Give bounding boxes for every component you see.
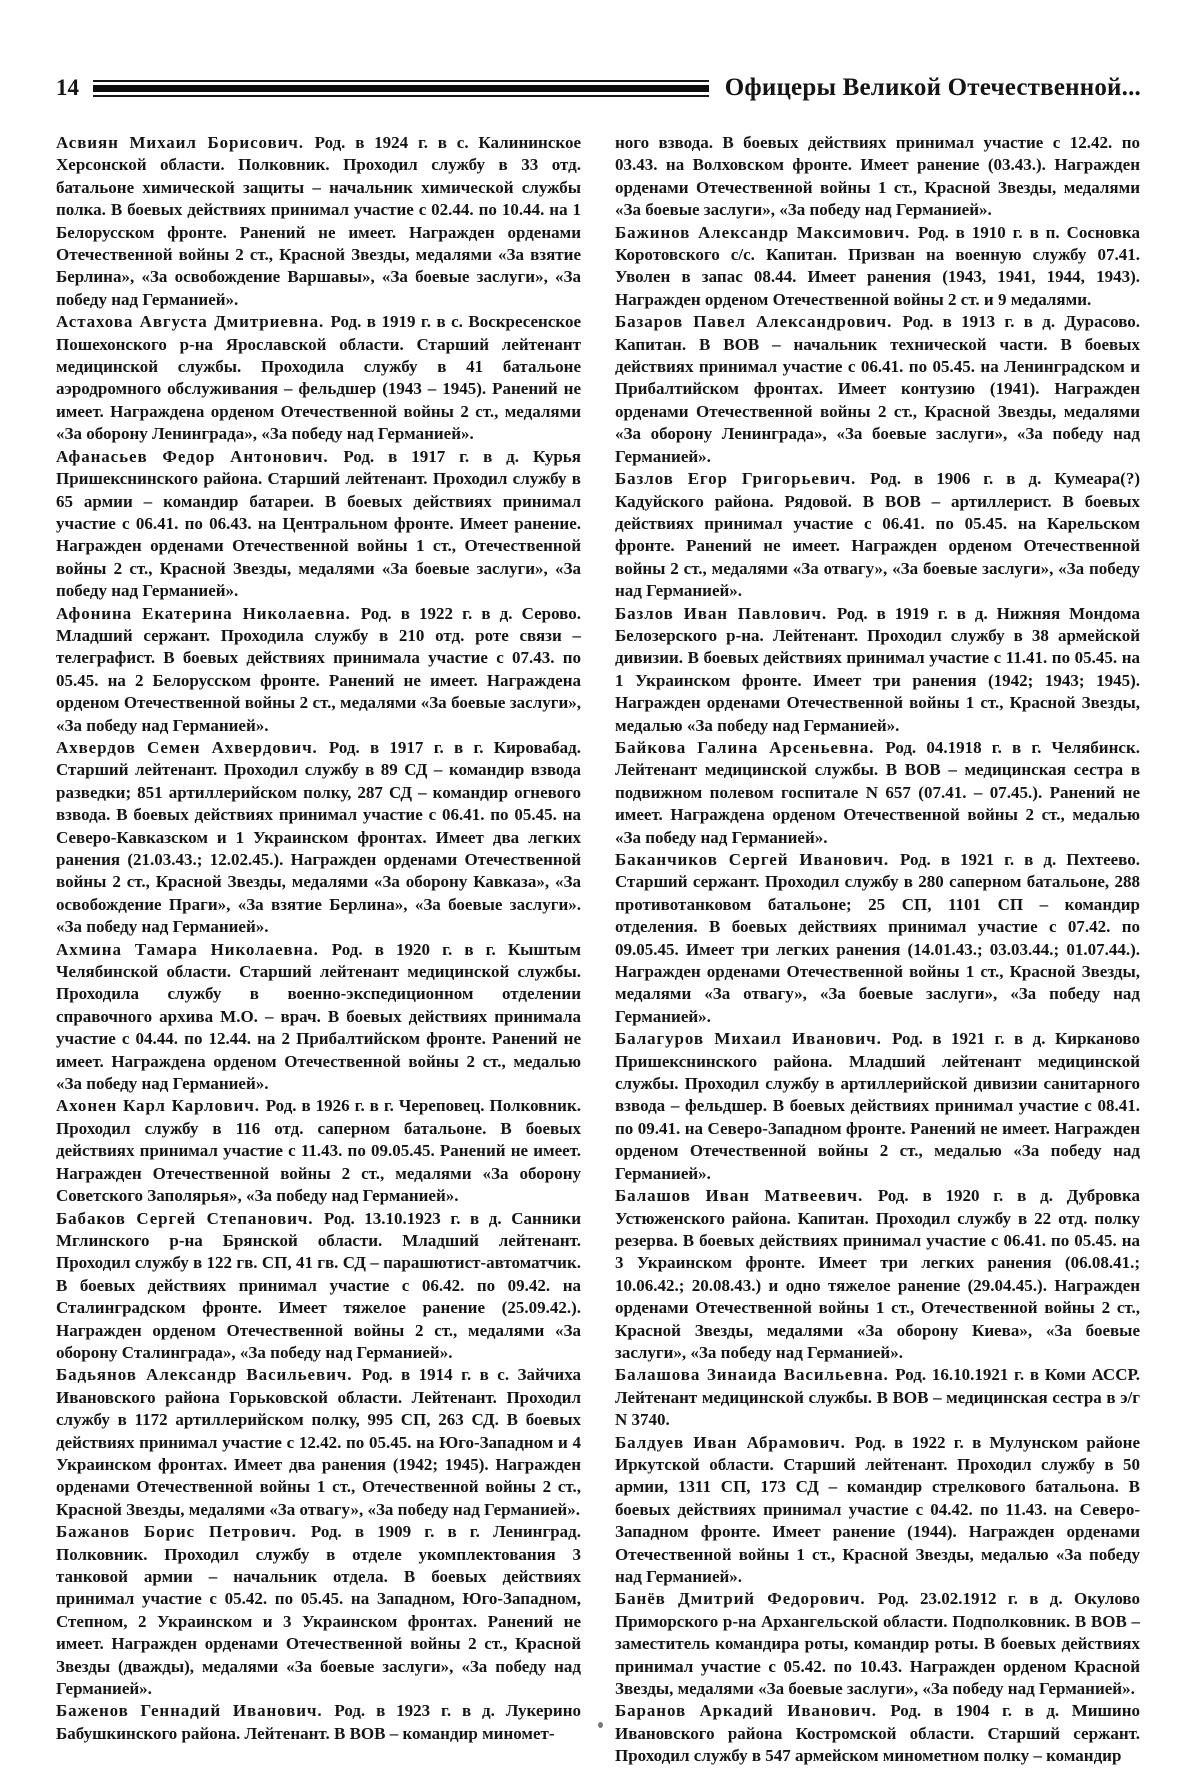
officer-name: Балашова Зинаида Васильевна. — [615, 1365, 895, 1384]
officer-entry: Базлов Егор Григорьевич. Род. в 1906 г. … — [615, 468, 1140, 602]
officer-entry: Бажинов Александр Максимович. Род. в 191… — [615, 222, 1140, 312]
officer-entry: Баранов Аркадий Иванович. Род. в 1904 г.… — [615, 1700, 1140, 1767]
officer-name: Бажанов Борис Петрович. — [56, 1522, 311, 1541]
officer-name: Байкова Галина Арсеньевна. — [615, 738, 885, 757]
officer-entry: Балагуров Михаил Иванович. Род. в 1921 г… — [615, 1028, 1140, 1185]
officer-entry: Бадьянов Александр Васильевич. Род. в 19… — [56, 1364, 581, 1521]
officer-name: Баранов Аркадий Иванович. — [615, 1701, 890, 1720]
officer-entry: Ахонен Карл Карлович. Род. в 1926 г. в г… — [56, 1095, 581, 1207]
officer-name: Балдуев Иван Абрамович. — [615, 1433, 855, 1452]
officer-entry: Ахвердов Семен Ахвердович. Род. в 1917 г… — [56, 737, 581, 939]
officer-entry: Ахмина Тамара Николаевна. Род. в 1920 г.… — [56, 939, 581, 1096]
header-rule-divider — [93, 80, 709, 97]
officer-name: Балагуров Михаил Иванович. — [615, 1029, 892, 1048]
officer-name: Бажинов Александр Максимович. — [615, 223, 918, 242]
officer-entry: Асвиян Михаил Борисович. Род. в 1924 г. … — [56, 132, 581, 311]
officer-entry: Банёв Дмитрий Федорович. Род. 23.02.1912… — [615, 1588, 1140, 1700]
officer-name: Балашов Иван Матвеевич. — [615, 1186, 878, 1205]
text-columns: Асвиян Михаил Борисович. Род. в 1924 г. … — [56, 132, 1141, 1768]
running-title: Офицеры Великой Отечественной... — [725, 75, 1141, 102]
officer-entry: Афонина Екатерина Николаевна. Род. в 192… — [56, 603, 581, 737]
page-number: 14 — [56, 76, 79, 101]
officer-entry: Балашова Зинаида Васильевна. Род. 16.10.… — [615, 1364, 1140, 1431]
officer-entry: Баженов Геннадий Иванович. Род. в 1923 г… — [56, 1700, 581, 1745]
officer-entry: Базаров Павел Александрович. Род. в 1913… — [615, 311, 1140, 468]
officer-entry: Баканчиков Сергей Иванович. Род. в 1921 … — [615, 849, 1140, 1028]
officer-name: Банёв Дмитрий Федорович. — [615, 1589, 878, 1608]
officer-entry: Афанасьев Федор Антонович. Род. в 1917 г… — [56, 446, 581, 603]
officer-name: Астахова Августа Дмитриевна. — [56, 312, 331, 331]
print-speck — [598, 1722, 603, 1728]
officer-entry: Байкова Галина Арсеньевна. Род. 04.1918 … — [615, 737, 1140, 849]
officer-name: Базлов Егор Григорьевич. — [615, 469, 870, 488]
officer-name: Бадьянов Александр Васильевич. — [56, 1365, 362, 1384]
officer-entry: ного взвода. В боевых действиях принимал… — [615, 132, 1140, 222]
officer-entry: Астахова Августа Дмитриевна. Род. в 1919… — [56, 311, 581, 445]
officer-name: Бабаков Сергей Степанович. — [56, 1209, 324, 1228]
officer-name: Афанасьев Федор Антонович. — [56, 447, 343, 466]
officer-entry: Бабаков Сергей Степанович. Род. 13.10.19… — [56, 1208, 581, 1365]
officer-name: Асвиян Михаил Борисович. — [56, 133, 315, 152]
officer-name: Ахонен Карл Карлович. — [56, 1096, 266, 1115]
officer-entry: Балашов Иван Матвеевич. Род. в 1920 г. в… — [615, 1185, 1140, 1364]
right-column: ного взвода. В боевых действиях принимал… — [615, 132, 1140, 1768]
officer-name: Базаров Павел Александрович. — [615, 312, 903, 331]
officer-name: Баканчиков Сергей Иванович. — [615, 850, 900, 869]
officer-entry: Базлов Иван Павлович. Род. в 1919 г. в д… — [615, 603, 1140, 737]
officer-name: Афонина Екатерина Николаевна. — [56, 604, 361, 623]
page-header: 14 Офицеры Великой Отечественной... — [56, 68, 1141, 108]
officer-entry: Балдуев Иван Абрамович. Род. в 1922 г. в… — [615, 1432, 1140, 1589]
left-column: Асвиян Михаил Борисович. Род. в 1924 г. … — [56, 132, 581, 1768]
book-page: { "page": { "number": "14", "running_tit… — [0, 0, 1191, 1774]
officer-name: Ахмина Тамара Николаевна. — [56, 940, 332, 959]
page-content: 14 Офицеры Великой Отечественной... Асви… — [0, 0, 1191, 1768]
officer-name: Ахвердов Семен Ахвердович. — [56, 738, 329, 757]
officer-name: Баженов Геннадий Иванович. — [56, 1701, 334, 1720]
officer-name: Базлов Иван Павлович. — [615, 604, 837, 623]
officer-entry: Бажанов Борис Петрович. Род. в 1909 г. в… — [56, 1521, 581, 1700]
